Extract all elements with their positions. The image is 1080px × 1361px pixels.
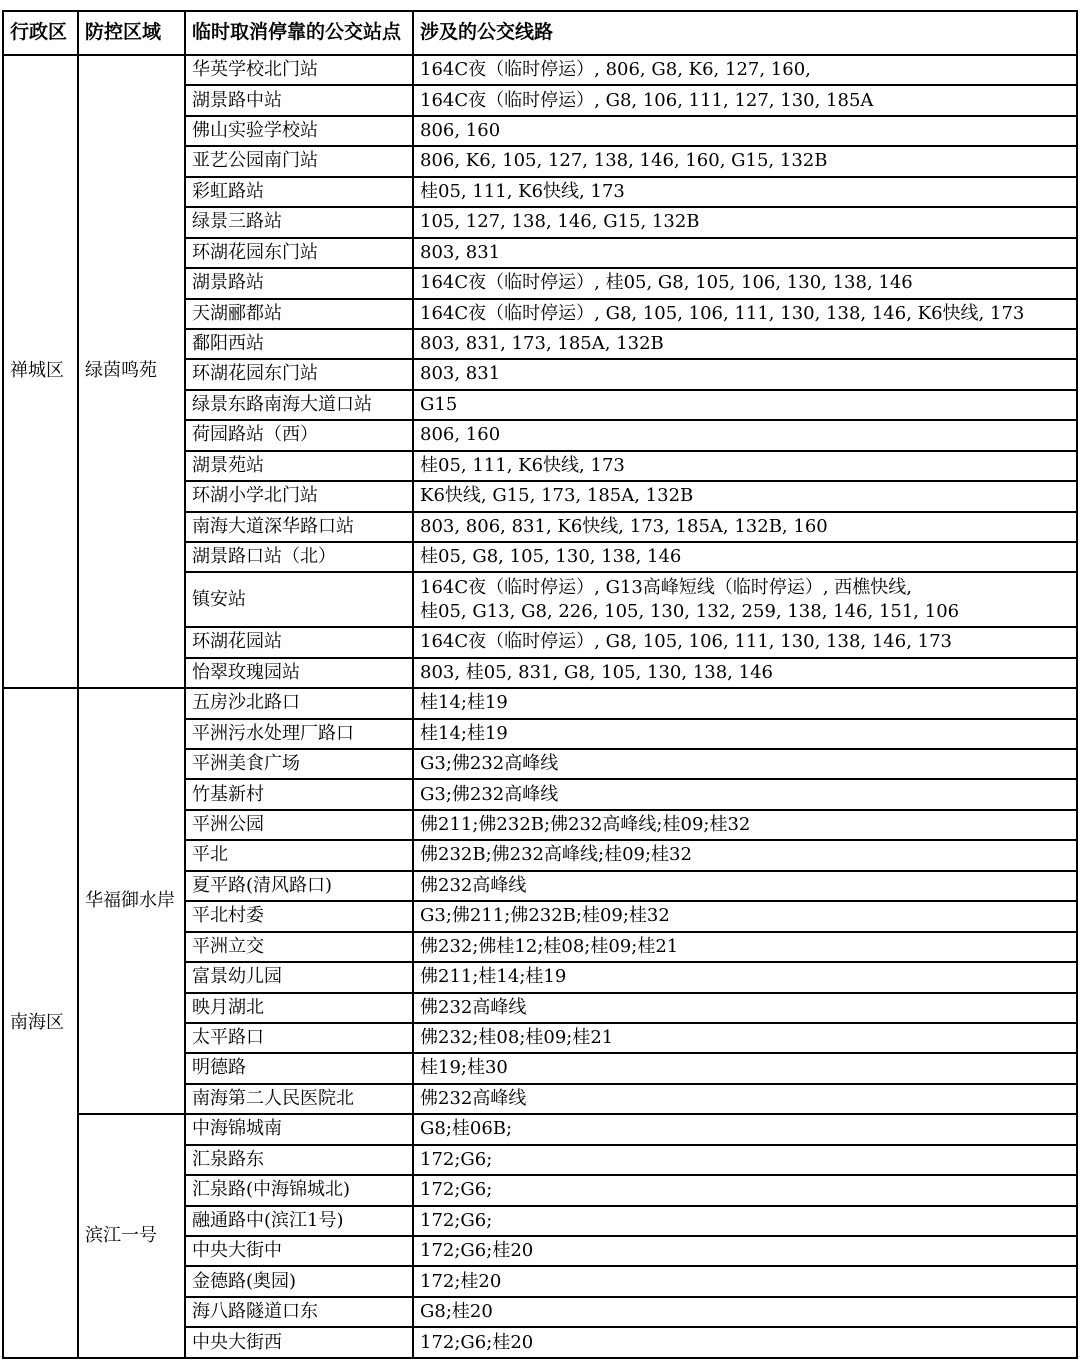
stop-name-cell: 环湖花园站 [185,627,413,657]
routes-cell: G15 [413,390,1077,420]
routes-cell: 164C夜（临时停运）, G8, 105, 106, 111, 130, 138… [413,299,1077,329]
district-cell: 南海区 [3,688,78,1358]
routes-cell: 佛232高峰线 [413,1084,1077,1114]
stop-name-cell: 平洲公园 [185,810,413,840]
routes-cell: 803, 831, 173, 185A, 132B [413,329,1077,359]
stop-name-cell: 太平路口 [185,1023,413,1053]
routes-cell: 164C夜（临时停运）, G13高峰短线（临时停运）, 西樵快线, 桂05, G… [413,572,1077,627]
stop-name-cell: 五房沙北路口 [185,688,413,718]
routes-cell: G8;桂20 [413,1297,1077,1327]
stop-name-cell: 怡翠玫瑰园站 [185,658,413,688]
routes-cell: 172;G6;桂20 [413,1327,1077,1358]
routes-cell: 164C夜（临时停运）, G8, 106, 111, 127, 130, 185… [413,85,1077,115]
stop-name-cell: 荷园路站（西） [185,420,413,450]
stop-name-cell: 南海第二人民医院北 [185,1084,413,1114]
stop-name-cell: 竹基新村 [185,779,413,809]
routes-cell: G3;佛232高峰线 [413,779,1077,809]
stop-name-cell: 海八路隧道口东 [185,1297,413,1327]
stop-name-cell: 平洲立交 [185,932,413,962]
routes-cell: 172;G6; [413,1145,1077,1175]
table-row: 南海区华福御水岸五房沙北路口桂14;桂19 [3,688,1077,718]
stop-name-cell: 映月湖北 [185,993,413,1023]
stop-name-cell: 绿景三路站 [185,207,413,237]
page: 行政区 防控区域 临时取消停靠的公交站点 涉及的公交线路 禅城区绿茵鸣苑华英学校… [0,0,1080,1361]
stop-name-cell: 平北 [185,840,413,870]
routes-cell: 桂14;桂19 [413,688,1077,718]
stop-name-cell: 天湖郦都站 [185,299,413,329]
stop-name-cell: 彩虹路站 [185,177,413,207]
bus-stop-table: 行政区 防控区域 临时取消停靠的公交站点 涉及的公交线路 禅城区绿茵鸣苑华英学校… [2,10,1078,1359]
column-header-district: 行政区 [3,11,78,55]
stop-name-cell: 夏平路(清风路口) [185,871,413,901]
stop-name-cell: 绿景东路南海大道口站 [185,390,413,420]
routes-cell: 桂14;桂19 [413,719,1077,749]
routes-cell: 佛232高峰线 [413,993,1077,1023]
stop-name-cell: 金德路(奥园) [185,1266,413,1296]
stop-name-cell: 鄱阳西站 [185,329,413,359]
stop-name-cell: 镇安站 [185,572,413,627]
column-header-routes: 涉及的公交线路 [413,11,1077,55]
zone-cell: 华福御水岸 [78,688,185,1114]
stop-name-cell: 环湖小学北门站 [185,481,413,511]
routes-cell: 佛232B;佛232高峰线;桂09;桂32 [413,840,1077,870]
stop-name-cell: 中央大街西 [185,1327,413,1358]
routes-cell: 172;G6; [413,1175,1077,1205]
stop-name-cell: 富景幼儿园 [185,962,413,992]
stop-name-cell: 平北村委 [185,901,413,931]
routes-cell: 桂19;桂30 [413,1053,1077,1083]
stop-name-cell: 中海锦城南 [185,1114,413,1144]
routes-cell: 105, 127, 138, 146, G15, 132B [413,207,1077,237]
table-header: 行政区 防控区域 临时取消停靠的公交站点 涉及的公交线路 [3,11,1077,55]
stop-name-cell: 南海大道深华路口站 [185,512,413,542]
stop-name-cell: 环湖花园东门站 [185,238,413,268]
routes-cell: 172;桂20 [413,1266,1077,1296]
table-row: 滨江一号中海锦城南G8;桂06B; [3,1114,1077,1144]
stop-name-cell: 湖景路站 [185,268,413,298]
routes-cell: 佛211;桂14;桂19 [413,962,1077,992]
routes-cell: 桂05, 111, K6快线, 173 [413,451,1077,481]
routes-cell: 806, K6, 105, 127, 138, 146, 160, G15, 1… [413,146,1077,176]
stop-name-cell: 融通路中(滨江1号) [185,1206,413,1236]
routes-cell: 803, 831 [413,359,1077,389]
routes-cell: 172;G6; [413,1206,1077,1236]
stop-name-cell: 汇泉路东 [185,1145,413,1175]
table-body: 禅城区绿茵鸣苑华英学校北门站164C夜（临时停运）, 806, G8, K6, … [3,55,1077,1358]
zone-cell: 滨江一号 [78,1114,185,1358]
routes-cell: 桂05, 111, K6快线, 173 [413,177,1077,207]
stop-name-cell: 平洲污水处理厂路口 [185,719,413,749]
routes-cell: 803, 831 [413,238,1077,268]
routes-cell: G8;桂06B; [413,1114,1077,1144]
stop-name-cell: 亚艺公园南门站 [185,146,413,176]
district-cell: 禅城区 [3,55,78,688]
routes-cell: 164C夜（临时停运）, 桂05, G8, 105, 106, 130, 138… [413,268,1077,298]
stop-name-cell: 汇泉路(中海锦城北) [185,1175,413,1205]
stop-name-cell: 湖景苑站 [185,451,413,481]
stop-name-cell: 中央大街中 [185,1236,413,1266]
routes-cell: 164C夜（临时停运）, 806, G8, K6, 127, 160, [413,55,1077,85]
routes-cell: 172;G6;桂20 [413,1236,1077,1266]
routes-cell: 佛211;佛232B;佛232高峰线;桂09;桂32 [413,810,1077,840]
column-header-zone: 防控区域 [78,11,185,55]
stop-name-cell: 佛山实验学校站 [185,116,413,146]
routes-cell: 803, 桂05, 831, G8, 105, 130, 138, 146 [413,658,1077,688]
routes-cell: G3;佛211;佛232B;桂09;桂32 [413,901,1077,931]
stop-name-cell: 湖景路口站（北） [185,542,413,572]
stop-name-cell: 华英学校北门站 [185,55,413,85]
routes-cell: 806, 160 [413,116,1077,146]
header-row: 行政区 防控区域 临时取消停靠的公交站点 涉及的公交线路 [3,11,1077,55]
routes-cell: G3;佛232高峰线 [413,749,1077,779]
routes-cell: 佛232;桂08;桂09;桂21 [413,1023,1077,1053]
routes-cell: 佛232高峰线 [413,871,1077,901]
stop-name-cell: 平洲美食广场 [185,749,413,779]
routes-cell: 佛232;佛桂12;桂08;桂09;桂21 [413,932,1077,962]
routes-cell: K6快线, G15, 173, 185A, 132B [413,481,1077,511]
routes-cell: 806, 160 [413,420,1077,450]
routes-cell: 803, 806, 831, K6快线, 173, 185A, 132B, 16… [413,512,1077,542]
zone-cell: 绿茵鸣苑 [78,55,185,688]
routes-cell: 164C夜（临时停运）, G8, 105, 106, 111, 130, 138… [413,627,1077,657]
routes-cell: 桂05, G8, 105, 130, 138, 146 [413,542,1077,572]
table-row: 禅城区绿茵鸣苑华英学校北门站164C夜（临时停运）, 806, G8, K6, … [3,55,1077,85]
stop-name-cell: 环湖花园东门站 [185,359,413,389]
stop-name-cell: 湖景路中站 [185,85,413,115]
stop-name-cell: 明德路 [185,1053,413,1083]
column-header-stop: 临时取消停靠的公交站点 [185,11,413,55]
